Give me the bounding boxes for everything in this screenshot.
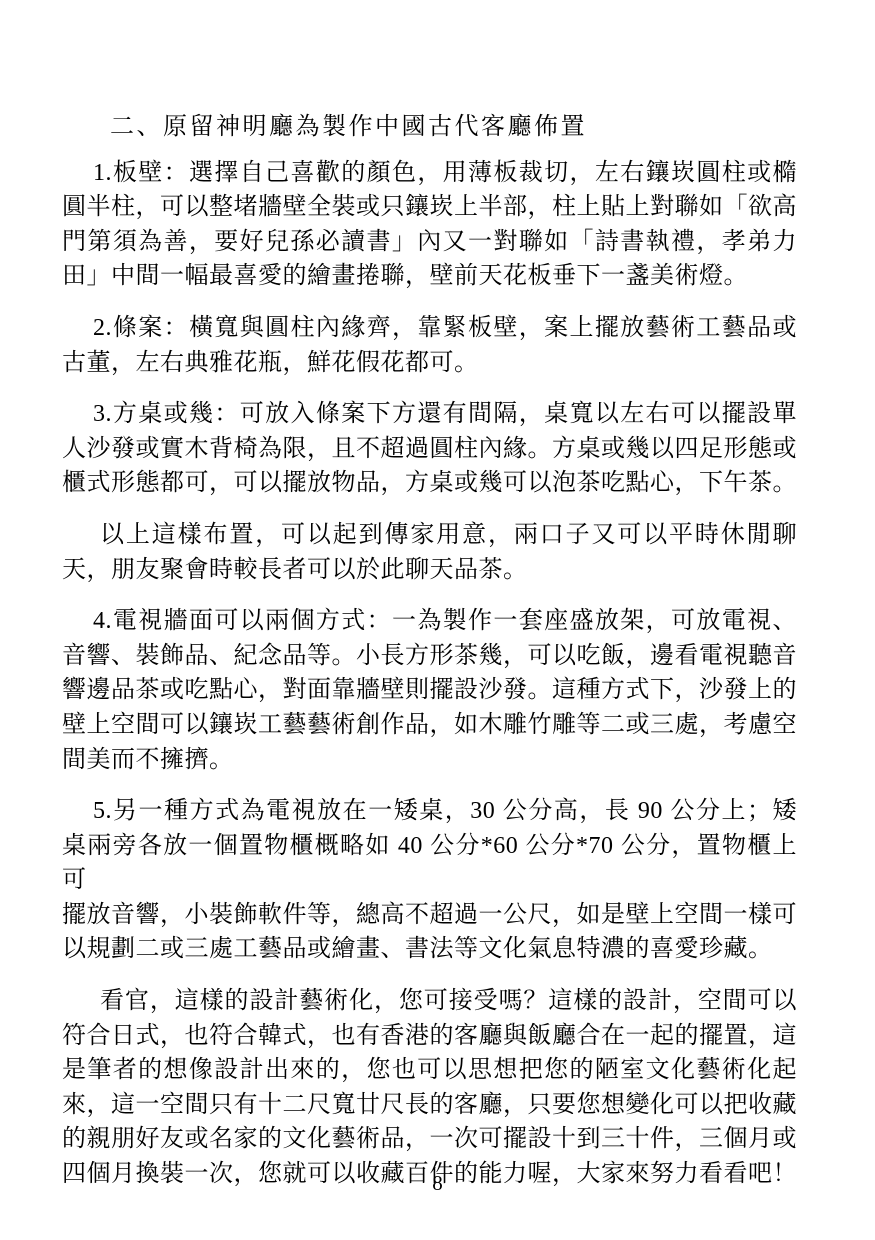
section-heading: 二、原留神明廳為製作中國古代客廳佈置 bbox=[62, 110, 797, 145]
text-line: 5.另一種方式為電視放在一矮桌，30 公分高，長 90 公分上；矮 bbox=[62, 794, 797, 829]
text-line: 以規劃二或三處工藝品或繪畫、書法等文化氣息特濃的喜愛珍藏。 bbox=[62, 932, 797, 967]
text-line: 4.電視牆面可以兩個方式：一為製作一套座盛放架，可放電視、 bbox=[62, 604, 797, 639]
text-line: 擺放音響，小裝飾軟件等，總高不超過一公尺，如是壁上空間一樣可 bbox=[62, 898, 797, 933]
paragraph: 5.另一種方式為電視放在一矮桌，30 公分高，長 90 公分上；矮桌兩旁各放一個… bbox=[62, 794, 797, 967]
page-footer: 8 bbox=[0, 1172, 875, 1194]
text-line: 3.方桌或幾：可放入條案下方還有間隔，桌寬以左右可以擺設單 bbox=[62, 397, 797, 432]
text-line: 以上這樣布置，可以起到傳家用意，兩口子又可以平時休閒聊 bbox=[62, 518, 797, 553]
text-line: 門第須為善，要好兒孫必讀書」內又一對聯如「詩書執禮，孝弟力 bbox=[62, 225, 797, 260]
text-line: 符合日式，也符合韓式，也有香港的客廳與飯廳合在一起的擺置，這 bbox=[62, 1019, 797, 1054]
paragraph: 3.方桌或幾：可放入條案下方還有間隔，桌寬以左右可以擺設單人沙發或實木背椅為限，… bbox=[62, 397, 797, 501]
text-line: 田」中間一幅最喜愛的繪畫捲聯，壁前天花板垂下一盞美術燈。 bbox=[62, 259, 797, 294]
page-number: 8 bbox=[432, 1171, 443, 1195]
text-line: 圓半柱，可以整堵牆壁全裝或只鑲崁上半部，柱上貼上對聯如「欲高 bbox=[62, 190, 797, 225]
paragraph: 看官，這樣的設計藝術化，您可接受嗎？這樣的設計，空間可以符合日式，也符合韓式，也… bbox=[62, 984, 797, 1192]
paragraph: 以上這樣布置，可以起到傳家用意，兩口子又可以平時休閒聊天，朋友聚會時較長者可以於… bbox=[62, 518, 797, 587]
text-line: 桌兩旁各放一個置物櫃概略如 40 公分*60 公分*70 公分，置物櫃上可 bbox=[62, 829, 797, 898]
text-line: 古董，左右典雅花瓶，鮮花假花都可。 bbox=[62, 346, 797, 381]
text-line: 看官，這樣的設計藝術化，您可接受嗎？這樣的設計，空間可以 bbox=[62, 984, 797, 1019]
paragraph: 1.板壁：選擇自己喜歡的顏色，用薄板裁切，左右鑲崁圓柱或橢圓半柱，可以整堵牆壁全… bbox=[62, 156, 797, 294]
text-line: 的親朋好友或名家的文化藝術品，一次可擺設十到三十件，三個月或 bbox=[62, 1122, 797, 1157]
text-line: 1.板壁：選擇自己喜歡的顏色，用薄板裁切，左右鑲崁圓柱或橢 bbox=[62, 156, 797, 191]
document-page: 二、原留神明廳為製作中國古代客廳佈置 1.板壁：選擇自己喜歡的顏色，用薄板裁切，… bbox=[0, 0, 875, 1240]
text-line: 天，朋友聚會時較長者可以於此聊天品茶。 bbox=[62, 553, 797, 588]
paragraph: 2.條案：橫寬與圓柱內緣齊，靠緊板壁，案上擺放藝術工藝品或古董，左右典雅花瓶，鮮… bbox=[62, 311, 797, 380]
text-line: 人沙發或實木背椅為限，且不超過圓柱內緣。方桌或幾以四足形態或 bbox=[62, 432, 797, 467]
document-body: 二、原留神明廳為製作中國古代客廳佈置 1.板壁：選擇自己喜歡的顏色，用薄板裁切，… bbox=[62, 110, 797, 1209]
text-line: 壁上空間可以鑲崁工藝藝術創作品，如木雕竹雕等二或三處，考慮空 bbox=[62, 708, 797, 743]
text-line: 2.條案：橫寬與圓柱內緣齊，靠緊板壁，案上擺放藝術工藝品或 bbox=[62, 311, 797, 346]
text-line: 是筆者的想像設計出來的，您也可以思想把您的陋室文化藝術化起 bbox=[62, 1053, 797, 1088]
text-line: 間美而不擁擠。 bbox=[62, 743, 797, 778]
text-line: 來，這一空間只有十二尺寬廿尺長的客廳，只要您想變化可以把收藏 bbox=[62, 1088, 797, 1123]
text-line: 櫃式形態都可，可以擺放物品，方桌或幾可以泡茶吃點心，下午茶。 bbox=[62, 466, 797, 501]
text-line: 響邊品茶或吃點心，對面靠牆壁則擺設沙發。這種方式下，沙發上的 bbox=[62, 673, 797, 708]
paragraph: 4.電視牆面可以兩個方式：一為製作一套座盛放架，可放電視、音響、裝飾品、紀念品等… bbox=[62, 604, 797, 777]
text-line: 音響、裝飾品、紀念品等。小長方形茶幾，可以吃飯，邊看電視聽音 bbox=[62, 639, 797, 674]
